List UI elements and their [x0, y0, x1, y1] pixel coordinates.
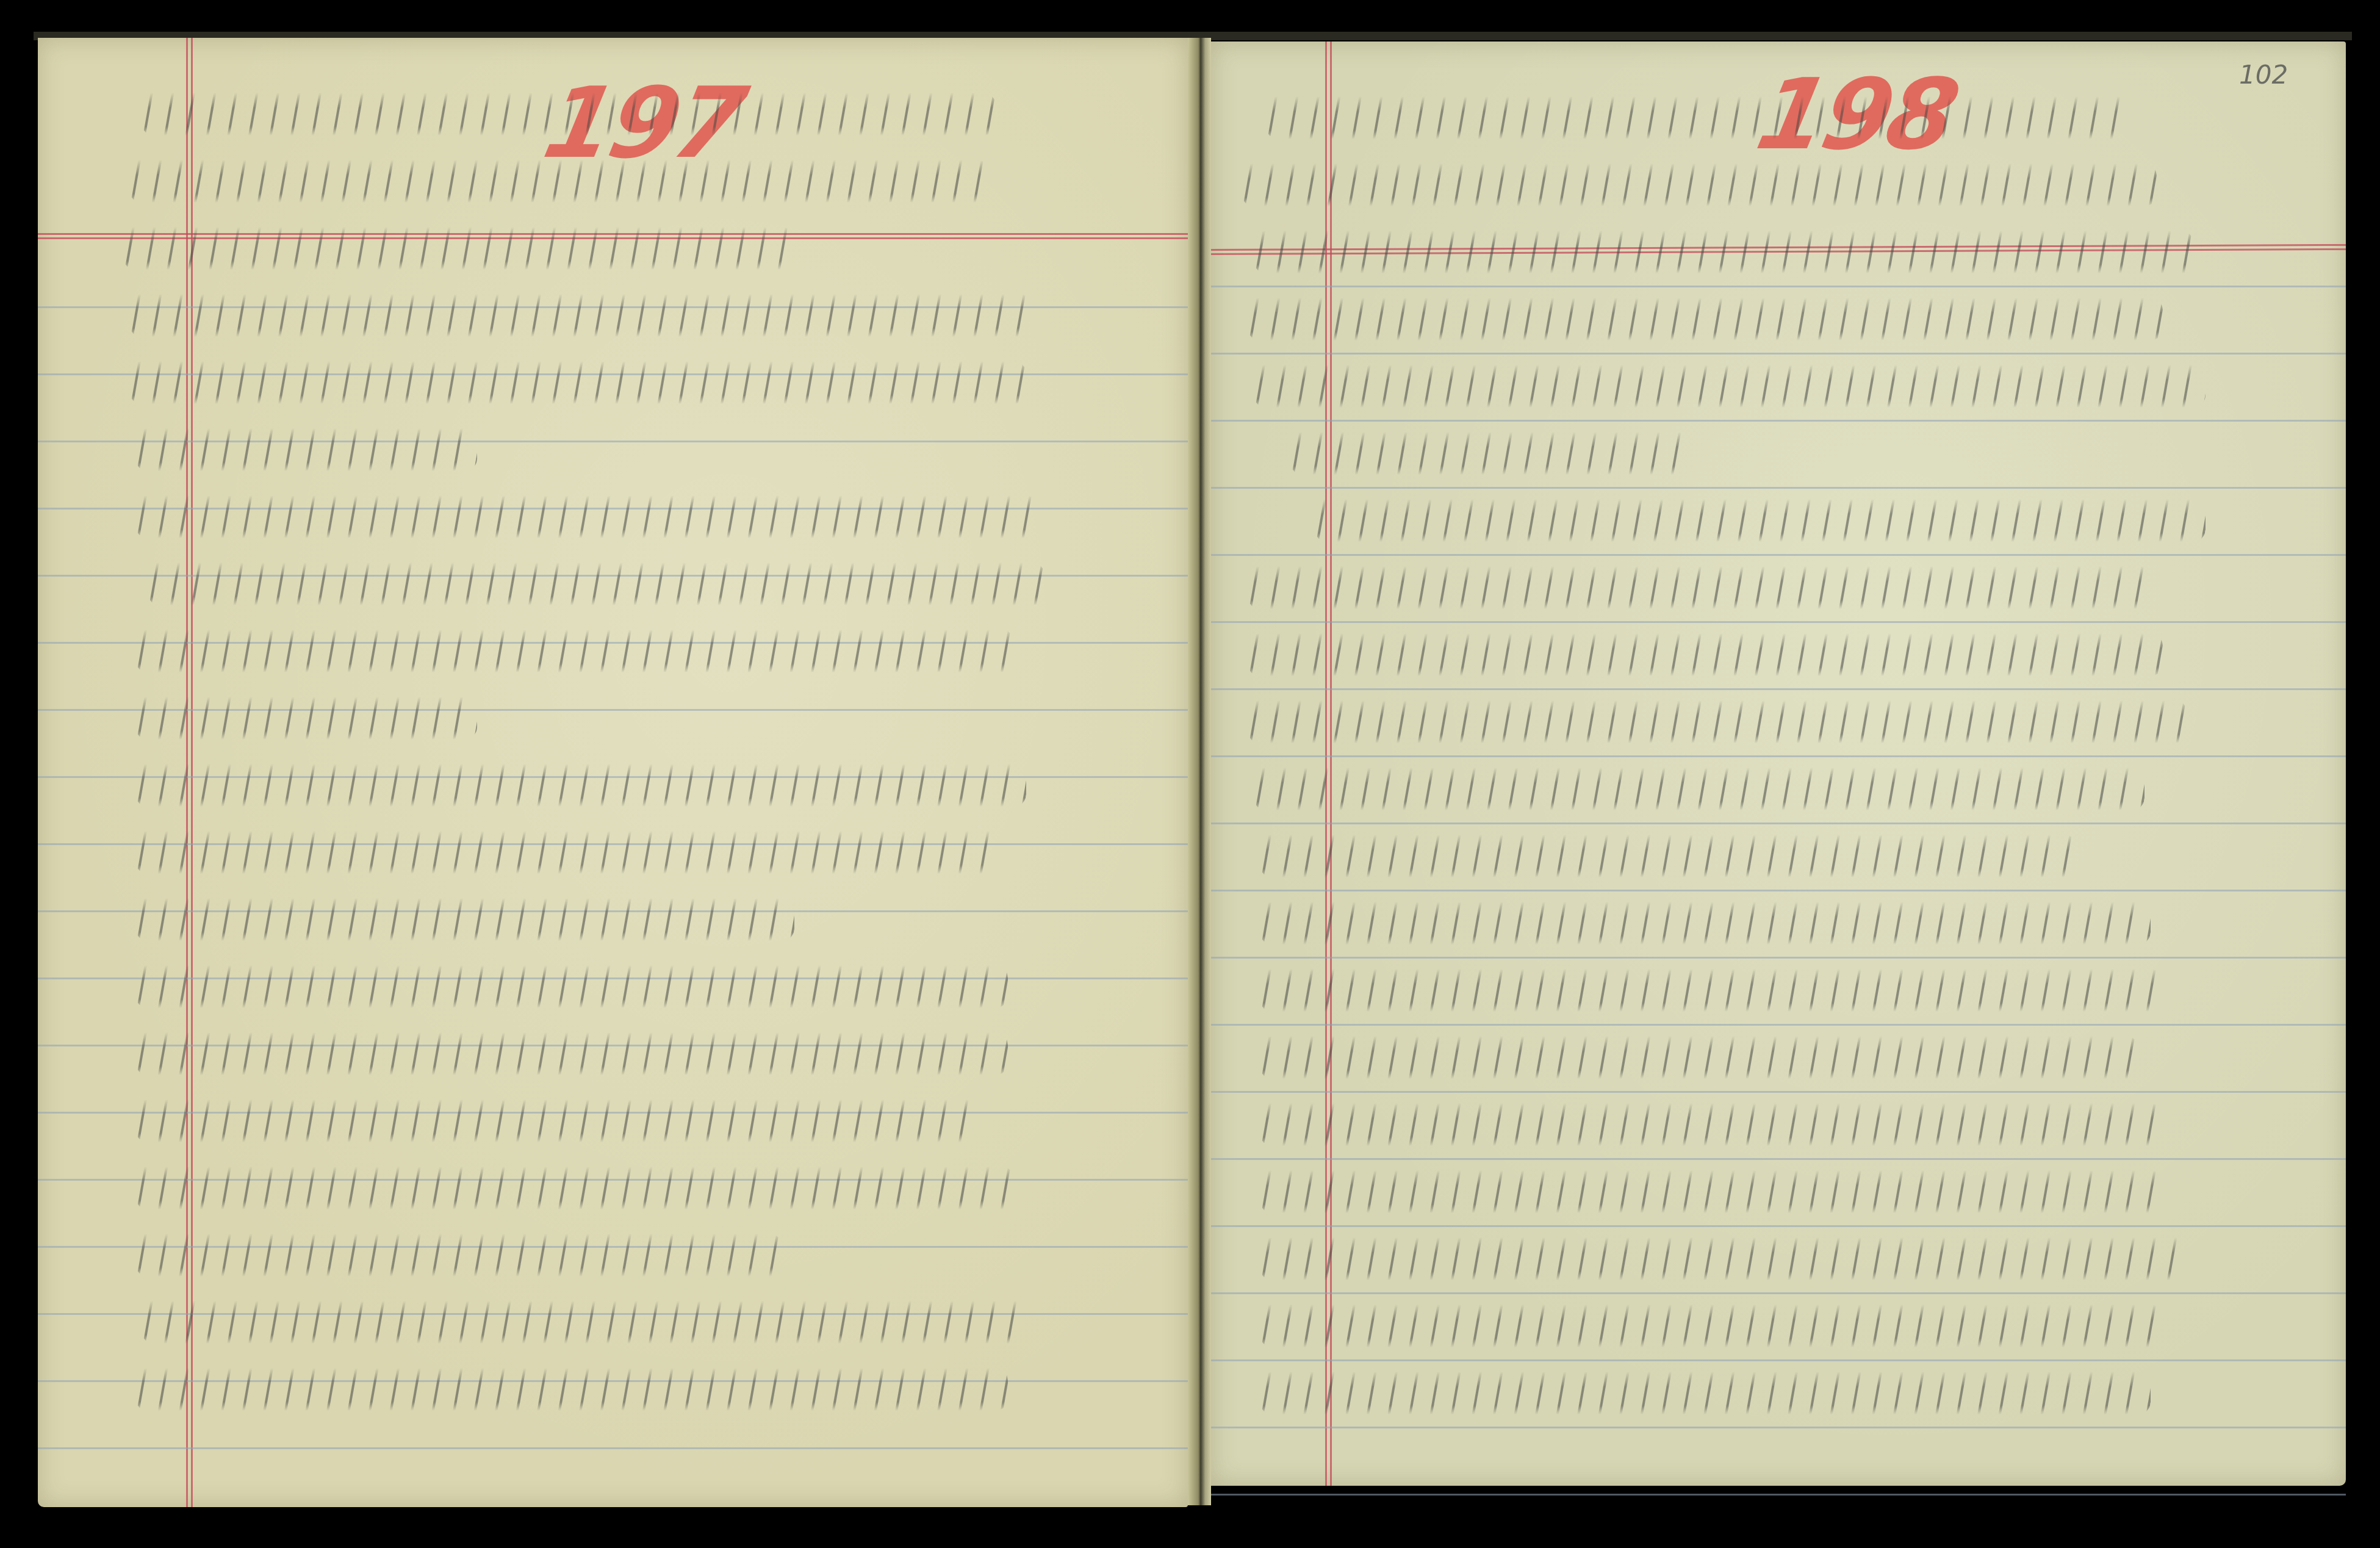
- pencil-scribble: [135, 965, 1008, 1008]
- pencil-scribble: [135, 1100, 977, 1142]
- pencil-scribble: [1254, 768, 2145, 810]
- handwritten-line: [135, 630, 1014, 672]
- pencil-scribble: [135, 1234, 782, 1276]
- handwritten-line: [135, 1100, 977, 1142]
- handwritten-line: [1260, 1237, 2187, 1280]
- handwritten-line: [135, 1234, 782, 1276]
- handwritten-line: [1260, 1103, 2163, 1146]
- ruled-line: [1211, 353, 2346, 355]
- notebook-gutter: [1188, 38, 1211, 1505]
- pencil-scribble: [129, 294, 1032, 337]
- pencil-scribble: [135, 630, 1014, 672]
- ruled-line: [1211, 554, 2346, 556]
- ruled-line: [38, 1447, 1188, 1449]
- pencil-scribble: [1260, 1237, 2187, 1280]
- ruled-line: [1211, 1225, 2346, 1227]
- handwritten-line: [135, 495, 1038, 538]
- handwritten-line: [1260, 835, 2077, 877]
- pencil-scribble: [1248, 700, 2187, 743]
- pencil-scribble: [135, 764, 1026, 807]
- ruled-line: [1211, 1359, 2346, 1361]
- handwritten-line: [135, 1032, 1008, 1075]
- pencil-scribble: [129, 160, 990, 203]
- pencil-scribble: [135, 428, 477, 471]
- pencil-scribble: [1248, 298, 2163, 340]
- left-page: 197: [38, 38, 1188, 1507]
- pencil-scribble: [1260, 1372, 2151, 1414]
- pencil-scribble: [1260, 835, 2077, 877]
- pencil-scribble: [142, 93, 996, 135]
- pencil-scribble: [1260, 969, 2163, 1012]
- handwritten-line: [1248, 566, 2151, 609]
- pencil-scribble: [1260, 1103, 2163, 1146]
- handwritten-line: [135, 764, 1026, 807]
- pencil-scribble: [1315, 499, 2206, 542]
- archive-number: 102: [2239, 60, 2288, 90]
- pencil-scribble: [1266, 96, 2132, 139]
- ruled-line: [1211, 420, 2346, 422]
- handwritten-line: [1260, 902, 2151, 945]
- ruled-line: [1211, 1158, 2346, 1160]
- ruled-line: [1211, 1292, 2346, 1294]
- handwritten-line: [142, 1301, 1026, 1344]
- handwritten-line: [135, 831, 1002, 874]
- handwritten-line: [1315, 499, 2206, 542]
- pencil-scribble: [135, 1368, 1008, 1411]
- ruled-line: [1211, 1024, 2346, 1026]
- handwritten-line: [129, 294, 1032, 337]
- handwritten-line: [135, 1368, 1008, 1411]
- handwritten-line: [135, 898, 794, 941]
- handwritten-line: [135, 1167, 1014, 1209]
- handwritten-line: [1254, 231, 2193, 273]
- handwritten-line: [1266, 96, 2132, 139]
- pencil-scribble: [1242, 164, 2157, 206]
- ruled-line: [1211, 1091, 2346, 1093]
- handwritten-line: [1260, 1305, 2163, 1347]
- ruled-line: [1211, 823, 2346, 824]
- ruled-line: [1211, 957, 2346, 959]
- handwritten-line: [1260, 1372, 2151, 1414]
- ruled-line: [1211, 286, 2346, 287]
- ruled-line: [1211, 1427, 2346, 1428]
- ruled-line: [1211, 688, 2346, 690]
- pencil-scribble: [135, 495, 1038, 538]
- pencil-scribble: [1254, 231, 2193, 273]
- handwritten-line: [1260, 1170, 2163, 1213]
- pencil-scribble: [1260, 902, 2151, 945]
- handwritten-line: [1248, 298, 2163, 340]
- ruled-line: [1211, 1494, 2346, 1496]
- handwritten-line: [1260, 1036, 2138, 1079]
- pencil-scribble: [1248, 566, 2151, 609]
- pencil-scribble: [148, 563, 1044, 605]
- pencil-scribble: [135, 831, 1002, 874]
- pencil-scribble: [1248, 633, 2163, 676]
- pencil-scribble: [142, 1301, 1026, 1344]
- handwritten-line: [135, 697, 477, 740]
- pencil-scribble: [135, 697, 477, 740]
- handwritten-line: [1260, 969, 2163, 1012]
- pencil-scribble: [123, 227, 794, 270]
- pencil-scribble: [1260, 1170, 2163, 1213]
- pencil-scribble: [1260, 1305, 2163, 1347]
- handwritten-line: [135, 965, 1008, 1008]
- pencil-scribble: [1254, 365, 2206, 408]
- ruled-line: [1211, 487, 2346, 489]
- ruled-line: [1211, 621, 2346, 623]
- pencil-scribble: [129, 361, 1026, 404]
- handwritten-line: [1254, 768, 2145, 810]
- right-page: 198 102: [1211, 41, 2346, 1486]
- pencil-scribble: [1260, 1036, 2138, 1079]
- handwritten-line: [1248, 633, 2163, 676]
- handwritten-line: [135, 428, 477, 471]
- handwritten-line: [1248, 700, 2187, 743]
- ruled-line: [1211, 890, 2346, 891]
- pencil-scribble: [1290, 432, 1693, 475]
- handwritten-line: [1242, 164, 2157, 206]
- handwritten-line: [129, 160, 990, 203]
- handwritten-line: [129, 361, 1026, 404]
- handwritten-line: [148, 563, 1044, 605]
- handwritten-line: [1290, 432, 1693, 475]
- handwritten-line: [123, 227, 794, 270]
- pencil-scribble: [135, 1167, 1014, 1209]
- pencil-scribble: [135, 1032, 1008, 1075]
- ruled-line: [1211, 755, 2346, 757]
- pencil-scribble: [135, 898, 794, 941]
- handwritten-line: [142, 93, 996, 135]
- handwritten-line: [1254, 365, 2206, 408]
